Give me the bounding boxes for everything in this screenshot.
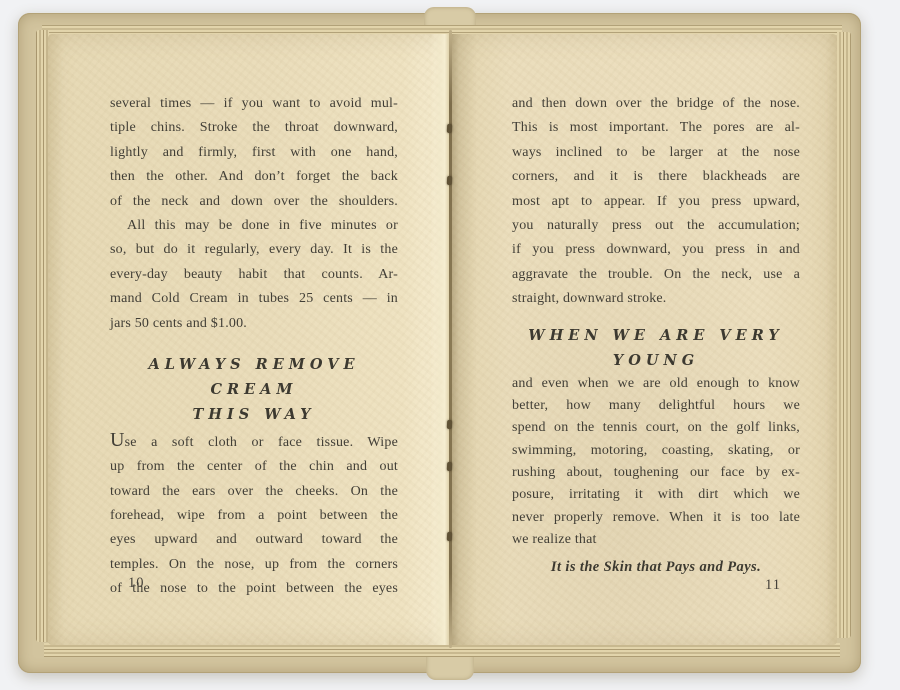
page-number-left: 10 — [128, 575, 145, 592]
closing-italic-line: It is the Skin that Pays and Pays. — [512, 558, 800, 576]
text-line: Use a soft cloth or face tissue. Wipe — [110, 431, 398, 455]
section-heading: ALWAYS REMOVE CREAM THIS WAY — [110, 352, 398, 427]
scanned-book-spread: several times — if you want to avoid mul… — [0, 0, 900, 690]
text-line: All this may be done in five minutes or — [110, 214, 398, 238]
text-line: you naturally press out the accumulation… — [512, 214, 800, 238]
text-line: toward the ears over the cheeks. On the — [110, 480, 398, 504]
text-line: spend on the tennis court, on the golf l… — [512, 417, 800, 439]
stitch-mark — [447, 532, 452, 541]
paragraph: and then down over the bridge of the nos… — [512, 92, 800, 312]
text-line: and even when we are old enough to know — [512, 373, 800, 395]
text-line: rushing about, toughening our face by ex… — [512, 462, 800, 484]
text-line: posure, irritating it with dirt which we — [512, 484, 800, 506]
heading-line: ALWAYS REMOVE CREAM — [110, 352, 398, 402]
page-edges-bottom — [44, 643, 840, 657]
heading-line: WHEN WE ARE VERY — [512, 323, 800, 348]
left-text-column: several times — if you want to avoid mul… — [110, 92, 398, 602]
text-line: never properly remove. When it is too la… — [512, 507, 800, 529]
text-line: forehead, wipe from a point between the — [110, 504, 398, 528]
paragraph: All this may be done in five minutes ors… — [110, 214, 398, 336]
text-line: eyes upward and outward toward the — [110, 528, 398, 552]
text-line: if you press downward, you press in and — [512, 238, 800, 262]
text-line: up from the center of the chin and out — [110, 455, 398, 479]
initial-cap: U — [110, 429, 125, 451]
heading-line: YOUNG — [512, 348, 800, 373]
text-line: mand Cold Cream in tubes 25 cents — in — [110, 287, 398, 311]
text-line: then the other. And don’t forget the bac… — [110, 165, 398, 189]
text-line: of the nose to the point between the eye… — [110, 577, 398, 601]
text-line: better, how many delightful hours we — [512, 395, 800, 417]
paragraph: Use a soft cloth or face tissue. Wipeup … — [110, 431, 398, 602]
text-line: we realize that — [512, 529, 800, 551]
paragraph: and even when we are old enough to knowb… — [512, 373, 800, 552]
text-line: ways inclined to be larger at the nose — [512, 141, 800, 165]
text-line: every-day beauty habit that counts. Ar- — [110, 263, 398, 287]
text-line: corners, and it is there blackheads are — [512, 165, 800, 189]
right-text-column: and then down over the bridge of the nos… — [512, 92, 800, 576]
text-line: tiple chins. Stroke the throat downward, — [110, 116, 398, 140]
stitch-mark — [447, 420, 452, 429]
section-heading: WHEN WE ARE VERY YOUNG — [512, 323, 800, 373]
text-line: jars 50 cents and $1.00. — [110, 312, 398, 336]
stitch-mark — [447, 176, 452, 185]
text-line: and then down over the bridge of the nos… — [512, 92, 800, 116]
text-line: straight, downward stroke. — [512, 287, 800, 311]
text-line: aggravate the trouble. On the neck, use … — [512, 263, 800, 287]
text-line: This is most important. The pores are al… — [512, 116, 800, 140]
page-number-right: 11 — [765, 577, 781, 594]
text-line: so, but do it regularly, every day. It i… — [110, 238, 398, 262]
text-line: of the neck and down over the shoulders. — [110, 190, 398, 214]
text-line: lightly and firmly, first with one hand, — [110, 141, 398, 165]
text-line: swimming, motoring, coasting, skating, o… — [512, 440, 800, 462]
heading-line: THIS WAY — [110, 402, 398, 427]
center-fold-line — [449, 30, 452, 648]
page-edges-right — [837, 32, 851, 638]
text-line: most apt to appear. If you press upward, — [512, 190, 800, 214]
paragraph: several times — if you want to avoid mul… — [110, 92, 398, 214]
text-line: temples. On the nose, up from the corner… — [110, 553, 398, 577]
stitch-mark — [447, 462, 452, 471]
text-line: several times — if you want to avoid mul… — [110, 92, 398, 116]
stitch-mark — [447, 124, 452, 133]
